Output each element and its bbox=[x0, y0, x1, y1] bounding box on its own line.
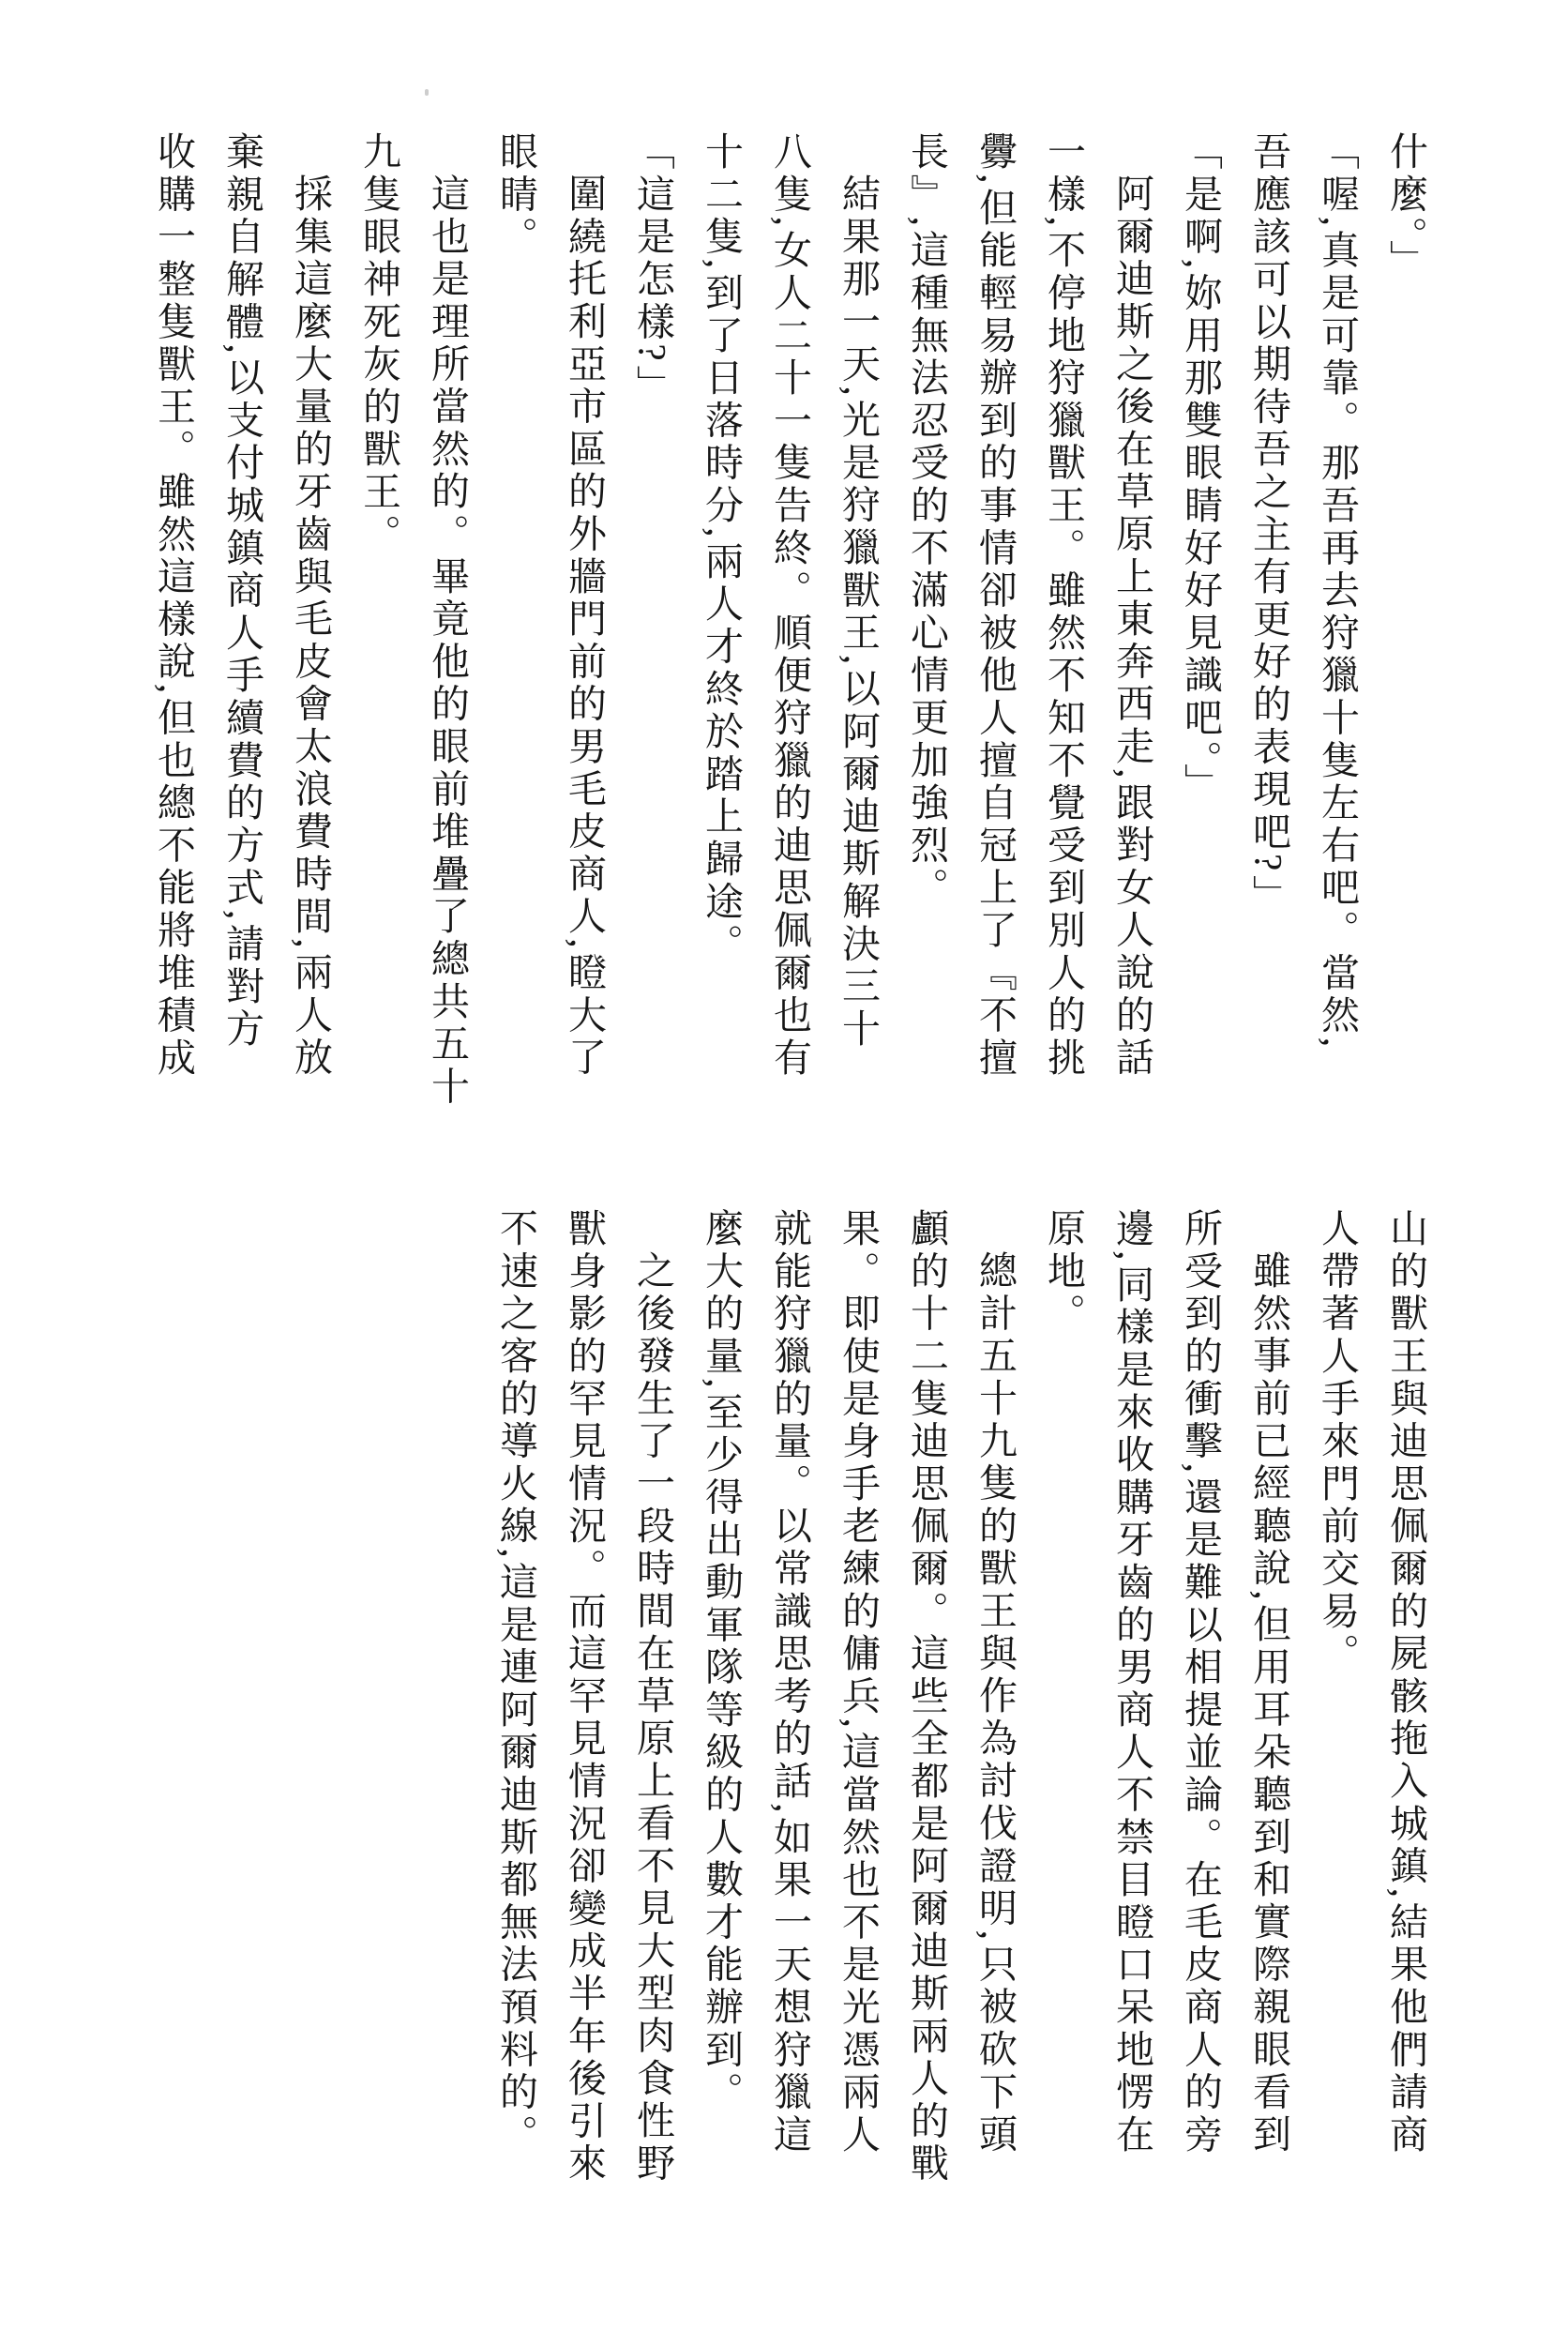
text-column: 就能狩獵的量。以常識思考的話,如果一天想狩獵這 bbox=[755, 1208, 823, 2189]
text-column: 十二隻,到了日落時分,兩人才終於踏上歸途。 bbox=[686, 131, 755, 1112]
text-column: 收購一整隻獸王。雖然這樣說,但也總不能將堆積成 bbox=[139, 131, 207, 1112]
text-column: 吾應該可以期待吾之主有更好的表現吧?」 bbox=[1234, 131, 1303, 1112]
text-column: 果。即使是身手老練的傭兵,這當然也不是光憑兩人 bbox=[823, 1208, 892, 2189]
text-column: 採集這麼大量的牙齒與毛皮會太浪費時間,兩人放 bbox=[276, 131, 344, 1112]
text-column: 「這是怎樣?」 bbox=[618, 131, 686, 1112]
text-column: 不速之客的導火線,這是連阿爾迪斯都無法預料的。 bbox=[481, 1208, 550, 2189]
text-column: 顱的十二隻迪思佩爾。這些全都是阿爾迪斯兩人的戰 bbox=[892, 1208, 960, 2189]
text-column: 什麼。」 bbox=[1371, 131, 1440, 1112]
book-page: 什麼。」「喔,真是可靠。那吾再去狩獵十隻左右吧。當然,吾應該可以期待吾之主有更好… bbox=[0, 0, 1568, 2345]
text-column: 原地。 bbox=[1029, 1208, 1097, 2189]
text-column: 九隻眼神死灰的獸王。 bbox=[344, 131, 413, 1112]
text-column: 長』,這種無法忍受的不滿心情更加強烈。 bbox=[892, 131, 960, 1112]
text-column: 眼睛。 bbox=[481, 131, 550, 1112]
text-column: 八隻,女人二十一隻告終。順便狩獵的迪思佩爾也有 bbox=[755, 131, 823, 1112]
text-column: 人帶著人手來門前交易。 bbox=[1303, 1208, 1371, 2189]
text-column: 棄親自解體,以支付城鎮商人手續費的方式,請對方 bbox=[207, 131, 276, 1112]
text-column: 結果那一天,光是狩獵獸王,以阿爾迪斯解決三十 bbox=[823, 131, 892, 1112]
text-column: 雖然事前已經聽說,但用耳朵聽到和實際親眼看到 bbox=[1234, 1208, 1303, 2189]
text-column: 邊,同樣是來收購牙齒的男商人不禁目瞪口呆地愣在 bbox=[1097, 1208, 1166, 2189]
text-column: 「喔,真是可靠。那吾再去狩獵十隻左右吧。當然, bbox=[1303, 131, 1371, 1112]
text-column: 這也是理所當然的。畢竟他的眼前堆疊了總共五十 bbox=[413, 131, 481, 1112]
text-column: 釁,但能輕易辦到的事情卻被他人擅自冠上了『不擅 bbox=[960, 131, 1029, 1112]
text-column: 山的獸王與迪思佩爾的屍骸拖入城鎮,結果他們請商 bbox=[1371, 1208, 1440, 2189]
lower-text-band: 山的獸王與迪思佩爾的屍骸拖入城鎮,結果他們請商人帶著人手來門前交易。雖然事前已經… bbox=[481, 1208, 1440, 2189]
text-column: 阿爾迪斯之後在草原上東奔西走,跟對女人說的話 bbox=[1097, 131, 1166, 1112]
text-column: 之後發生了一段時間在草原上看不見大型肉食性野 bbox=[618, 1208, 686, 2189]
text-column: 圍繞托利亞市區的外牆門前的男毛皮商人,瞪大了 bbox=[550, 131, 618, 1112]
scan-speck bbox=[425, 89, 429, 96]
text-column: 所受到的衝擊,還是難以相提並論。在毛皮商人的旁 bbox=[1166, 1208, 1234, 2189]
text-column: 「是啊,妳用那雙眼睛好好見識吧。」 bbox=[1166, 131, 1234, 1112]
upper-text-band: 什麼。」「喔,真是可靠。那吾再去狩獵十隻左右吧。當然,吾應該可以期待吾之主有更好… bbox=[139, 131, 1440, 1112]
text-column: 一樣,不停地狩獵獸王。雖然不知不覺受到別人的挑 bbox=[1029, 131, 1097, 1112]
text-column: 總計五十九隻的獸王與作為討伐證明,只被砍下頭 bbox=[960, 1208, 1029, 2189]
text-column: 獸身影的罕見情況。而這罕見情況卻變成半年後引來 bbox=[550, 1208, 618, 2189]
text-column: 麼大的量,至少得出動軍隊等級的人數才能辦到。 bbox=[686, 1208, 755, 2189]
